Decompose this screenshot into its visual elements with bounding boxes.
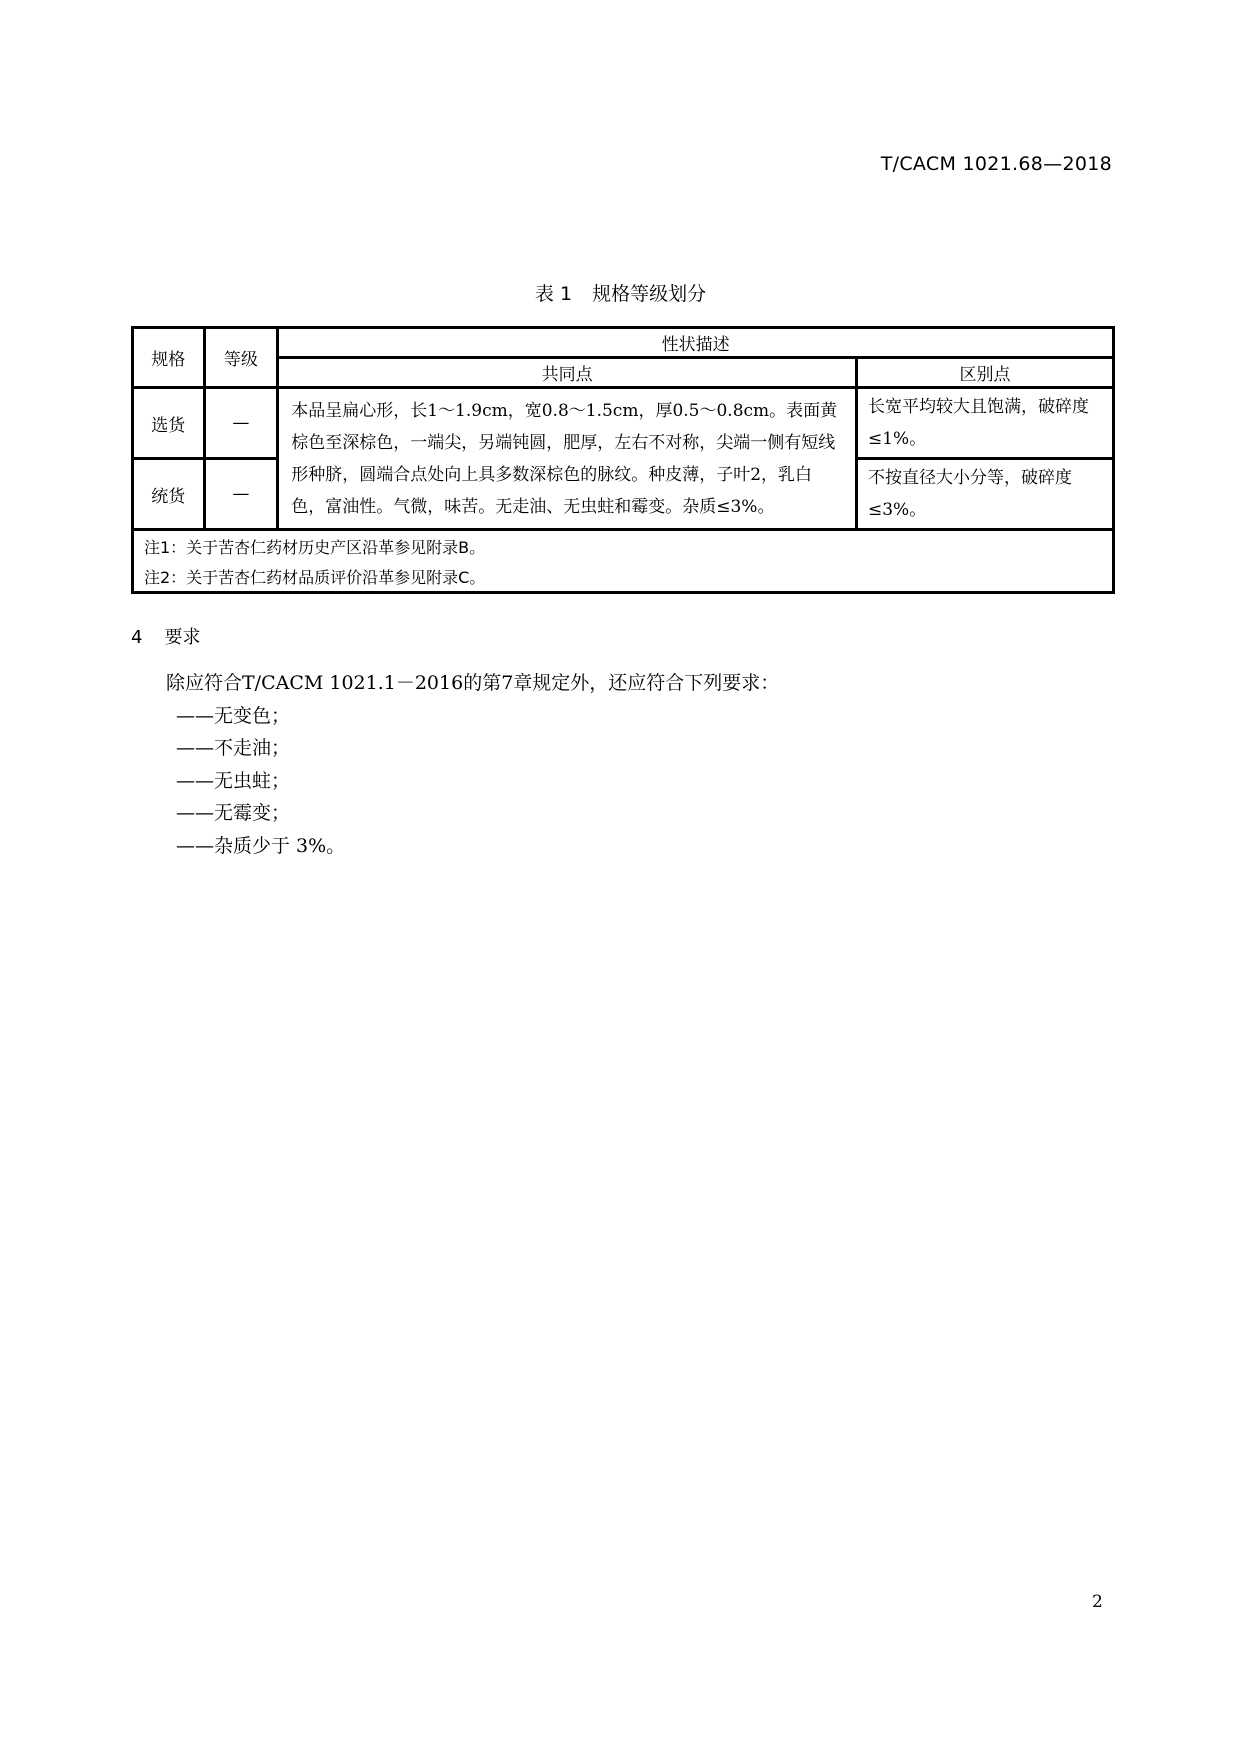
table-row: 选货 — 本品呈扁心形，长1～1.9cm，宽0.8～1.5cm，厚0.5～0.8… — [133, 388, 1114, 459]
header-difference: 区别点 — [857, 358, 1114, 388]
row-grade: — — [204, 459, 278, 530]
row-spec: 选货 — [133, 388, 205, 459]
table-title-text: 规格等级划分 — [592, 283, 706, 305]
section-title: 要求 — [164, 627, 200, 648]
row-difference: 长宽平均较大且饱满，破碎度≤1%。 — [857, 388, 1114, 459]
spec-grade-table: 规格 等级 性状描述 共同点 区别点 选货 — 本品呈扁心形，长1～1.9cm，… — [131, 326, 1115, 594]
row-grade: — — [204, 388, 278, 459]
header-spec: 规格 — [133, 328, 205, 388]
header-grade: 等级 — [204, 328, 278, 388]
row-spec: 统货 — [133, 459, 205, 530]
table-note: 注2：关于苦杏仁药材品质评价沿革参见附录C。 — [133, 561, 1114, 593]
requirement-item: ——无变色； — [176, 700, 779, 733]
table-note: 注1：关于苦杏仁药材历史产区沿革参见附录B。 — [133, 530, 1114, 562]
section-number: 4 — [131, 627, 142, 648]
requirement-item: ——杂质少于 3%。 — [176, 830, 779, 863]
row-difference: 不按直径大小分等，破碎度≤3%。 — [857, 459, 1114, 530]
table-title-number: 表 1 — [535, 283, 572, 305]
standard-code: T/CACM 1021.68—2018 — [880, 153, 1112, 175]
requirement-item: ——无霉变； — [176, 797, 779, 830]
requirement-item: ——无虫蛀； — [176, 765, 779, 798]
requirements-body: 除应符合T/CACM 1021.1－2016的第7章规定外，还应符合下列要求： … — [166, 667, 779, 862]
requirement-item: ——不走油； — [176, 732, 779, 765]
table-title: 表 1规格等级划分 — [0, 279, 1241, 306]
page-number: 2 — [1092, 1592, 1103, 1612]
section-heading: 4要求 — [131, 623, 200, 649]
header-common: 共同点 — [278, 358, 857, 388]
header-description: 性状描述 — [278, 328, 1114, 358]
requirements-intro: 除应符合T/CACM 1021.1－2016的第7章规定外，还应符合下列要求： — [166, 667, 779, 700]
common-description: 本品呈扁心形，长1～1.9cm，宽0.8～1.5cm，厚0.5～0.8cm。表面… — [278, 388, 857, 530]
